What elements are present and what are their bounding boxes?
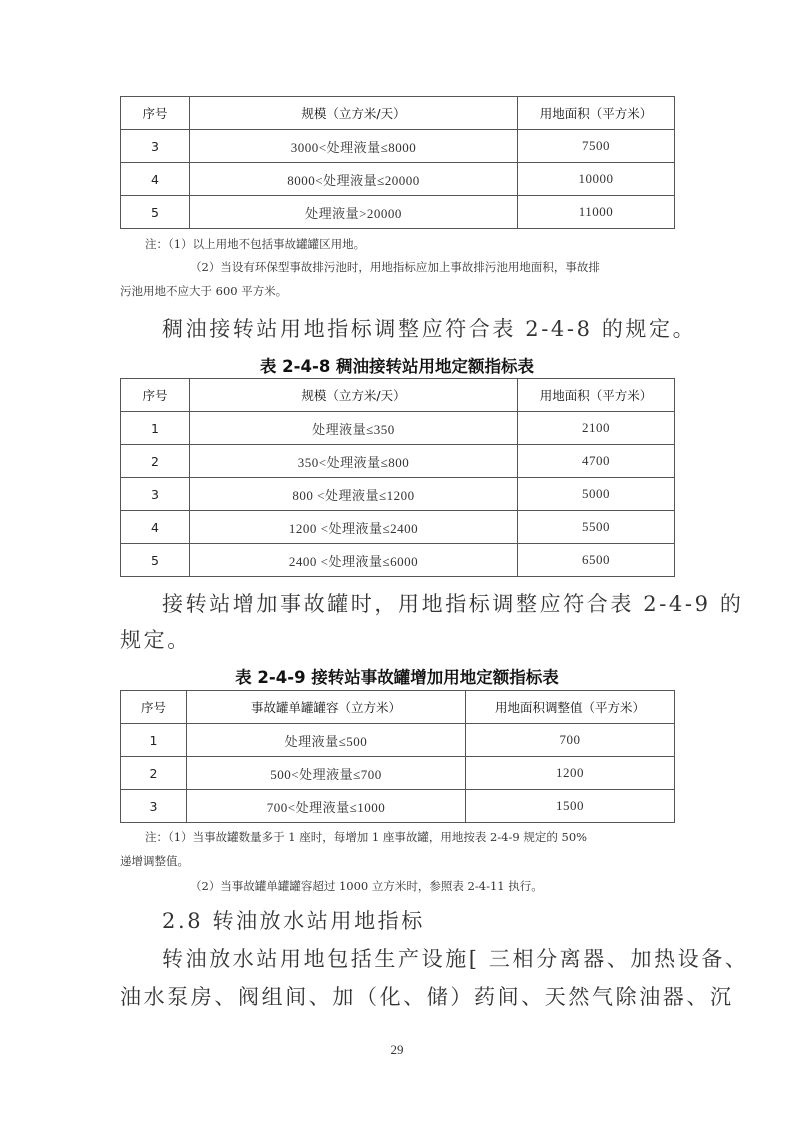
header-cell-area-adjustment: 用地面积调整值（平方米）	[466, 691, 675, 724]
cell-area: 1500	[466, 790, 675, 823]
table-2-4-8-caption: 表 2-4-8 稠油接转站用地定额指标表	[0, 353, 794, 377]
cell-scale: 800 <处理液量≤1200	[190, 478, 518, 511]
paragraph-3-line-2: 油水泵房、阀组间、加（化、储）药间、天然气除油器、沉	[120, 981, 734, 1011]
table-2-4-9-caption: 表 2-4-9 接转站事故罐增加用地定额指标表	[0, 664, 794, 688]
table-note-2: （2）当设有环保型事故排污池时，用地指标应加上事故排污池用地面积，事故排	[190, 259, 600, 275]
cell-no: 2	[121, 757, 187, 790]
paragraph-1: 稠油接转站用地指标调整应符合表 2-4-8 的规定。	[162, 313, 696, 343]
cell-area: 5500	[518, 511, 675, 544]
table-note-2-cont: 污池用地不应大于 600 平方米。	[120, 283, 287, 299]
cell-scale: 1200 <处理液量≤2400	[190, 511, 518, 544]
cell-scale: 处理液量>20000	[190, 196, 518, 229]
header-cell-scale: 规模（立方米/天）	[190, 97, 518, 130]
header-cell-scale: 规模（立方米/天）	[190, 379, 518, 412]
header-cell-no: 序号	[121, 379, 190, 412]
cell-area: 11000	[518, 196, 675, 229]
cell-capacity: 700<处理液量≤1000	[187, 790, 466, 823]
table-header-row: 序号 规模（立方米/天） 用地面积（平方米）	[121, 379, 675, 412]
table-2-4-9: 序号 事故罐单罐罐容（立方米） 用地面积调整值（平方米） 1 处理液量≤500 …	[120, 690, 675, 823]
table-row: 2 500<处理液量≤700 1200	[121, 757, 675, 790]
paragraph-3-line-1: 转油放水站用地包括生产设施[ 三相分离器、加热设备、	[162, 943, 748, 973]
cell-area: 2100	[518, 412, 675, 445]
cell-capacity: 处理液量≤500	[187, 724, 466, 757]
page-number: 29	[0, 1042, 794, 1058]
cell-area: 10000	[518, 163, 675, 196]
cell-area: 700	[466, 724, 675, 757]
header-cell-capacity: 事故罐单罐罐容（立方米）	[187, 691, 466, 724]
table-2-4-8: 序号 规模（立方米/天） 用地面积（平方米） 1 处理液量≤350 2100 2…	[120, 378, 675, 577]
table-note-1: 注：（1）以上用地不包括事故罐罐区用地。	[145, 236, 365, 252]
table-2-4-9-note-1-cont: 递增调整值。	[120, 853, 189, 869]
table-2-4-9-note-1: 注：（1）当事故罐数量多于 1 座时，每增加 1 座事故罐，用地按表 2-4-9…	[145, 829, 587, 845]
paragraph-2-line-1: 接转站增加事故罐时，用地指标调整应符合表 2-4-9 的	[162, 588, 743, 618]
paragraph-2-line-2: 规定。	[120, 624, 191, 654]
cell-no: 1	[121, 724, 187, 757]
header-cell-area: 用地面积（平方米）	[518, 97, 675, 130]
cell-scale: 处理液量≤350	[190, 412, 518, 445]
table-row: 3 700<处理液量≤1000 1500	[121, 790, 675, 823]
table-row: 4 8000<处理液量≤20000 10000	[121, 163, 675, 196]
cell-area: 7500	[518, 130, 675, 163]
table-header-row: 序号 规模（立方米/天） 用地面积（平方米）	[121, 97, 675, 130]
header-cell-area: 用地面积（平方米）	[518, 379, 675, 412]
table-header-row: 序号 事故罐单罐罐容（立方米） 用地面积调整值（平方米）	[121, 691, 675, 724]
cell-scale: 3000<处理液量≤8000	[190, 130, 518, 163]
cell-no: 4	[121, 163, 190, 196]
cell-area: 4700	[518, 445, 675, 478]
table-row: 5 处理液量>20000 11000	[121, 196, 675, 229]
table-row: 3 3000<处理液量≤8000 7500	[121, 130, 675, 163]
cell-scale: 8000<处理液量≤20000	[190, 163, 518, 196]
cell-no: 3	[121, 478, 190, 511]
table-row: 3 800 <处理液量≤1200 5000	[121, 478, 675, 511]
cell-area: 1200	[466, 757, 675, 790]
cell-no: 5	[121, 544, 190, 577]
cell-scale: 2400 <处理液量≤6000	[190, 544, 518, 577]
cell-no: 2	[121, 445, 190, 478]
table-row: 1 处理液量≤500 700	[121, 724, 675, 757]
section-heading-2-8: 2.8 转油放水站用地指标	[162, 905, 425, 935]
table-row: 5 2400 <处理液量≤6000 6500	[121, 544, 675, 577]
cell-capacity: 500<处理液量≤700	[187, 757, 466, 790]
cell-area: 5000	[518, 478, 675, 511]
table-row: 4 1200 <处理液量≤2400 5500	[121, 511, 675, 544]
table-row: 2 350<处理液量≤800 4700	[121, 445, 675, 478]
cell-area: 6500	[518, 544, 675, 577]
table-2-4-9-note-2: （2）当事故罐单罐罐容超过 1000 立方米时，参照表 2-4-11 执行。	[190, 878, 543, 894]
cell-no: 1	[121, 412, 190, 445]
header-cell-no: 序号	[121, 691, 187, 724]
cell-no: 4	[121, 511, 190, 544]
header-cell-no: 序号	[121, 97, 190, 130]
cell-no: 3	[121, 130, 190, 163]
cell-scale: 350<处理液量≤800	[190, 445, 518, 478]
table-row: 1 处理液量≤350 2100	[121, 412, 675, 445]
cell-no: 5	[121, 196, 190, 229]
table-continued: 序号 规模（立方米/天） 用地面积（平方米） 3 3000<处理液量≤8000 …	[120, 96, 675, 229]
cell-no: 3	[121, 790, 187, 823]
